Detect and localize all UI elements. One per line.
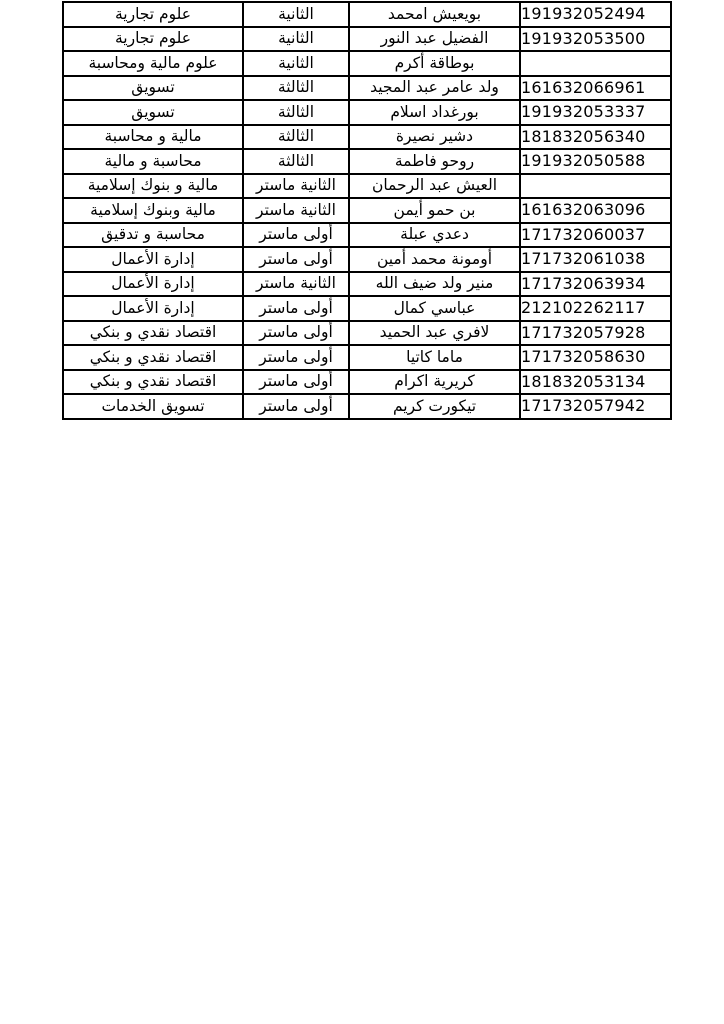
cell-registration-number: 212102262117 [520,296,671,321]
table-row: مالية و محاسبة الثالثة دشير نصيرة 181832… [63,125,671,150]
cell-year: الثالثة [243,100,349,125]
cell-year: الثانية ماستر [243,198,349,223]
table-row: علوم مالية ومحاسبة الثانية بوطاقة أكرم [63,51,671,76]
cell-year: الثانية ماستر [243,272,349,297]
cell-year: أولى ماستر [243,321,349,346]
cell-name: روحو فاطمة [349,149,520,174]
cell-specialization: إدارة الأعمال [63,247,243,272]
cell-registration-number: 171732061038 [520,247,671,272]
cell-name: تيكورت كريم [349,394,520,419]
cell-specialization: علوم مالية ومحاسبة [63,51,243,76]
cell-registration-number: 161632063096 [520,198,671,223]
cell-specialization: مالية و محاسبة [63,125,243,150]
table-row: علوم تجارية الثانية الفضيل عبد النور 191… [63,27,671,52]
cell-specialization: إدارة الأعمال [63,272,243,297]
table-row: تسويق الخدمات أولى ماستر تيكورت كريم 171… [63,394,671,419]
cell-registration-number: 161632066961 [520,76,671,101]
cell-registration-number [520,51,671,76]
cell-name: ماما كاتيا [349,345,520,370]
cell-year: الثالثة [243,76,349,101]
cell-name: كريرية اكرام [349,370,520,395]
table-row: مالية و بنوك إسلامية الثانية ماستر العيش… [63,174,671,199]
cell-specialization: تسويق الخدمات [63,394,243,419]
cell-year: الثانية [243,51,349,76]
table-row: محاسبة و تدقيق أولى ماستر دعدي عبلة 1717… [63,223,671,248]
cell-specialization: تسويق [63,100,243,125]
table-row: اقتصاد نقدي و بنكي أولى ماستر كريرية اكر… [63,370,671,395]
cell-specialization: مالية و بنوك إسلامية [63,174,243,199]
cell-specialization: إدارة الأعمال [63,296,243,321]
cell-registration-number [520,174,671,199]
cell-registration-number: 171732057928 [520,321,671,346]
cell-specialization: محاسبة و مالية [63,149,243,174]
table-row: محاسبة و مالية الثالثة روحو فاطمة 191932… [63,149,671,174]
cell-specialization: اقتصاد نقدي و بنكي [63,370,243,395]
cell-year: الثانية [243,2,349,27]
cell-name: دعدي عبلة [349,223,520,248]
cell-specialization: علوم تجارية [63,2,243,27]
cell-specialization: علوم تجارية [63,27,243,52]
student-table: علوم تجارية الثانية بويعيش امحمد 1919320… [62,1,672,420]
cell-registration-number: 171732057942 [520,394,671,419]
table-row: علوم تجارية الثانية بويعيش امحمد 1919320… [63,2,671,27]
cell-year: الثالثة [243,125,349,150]
cell-name: العيش عبد الرحمان [349,174,520,199]
table-row: تسويق الثالثة بورغداد اسلام 191932053337 [63,100,671,125]
cell-registration-number: 171732058630 [520,345,671,370]
student-table-body: علوم تجارية الثانية بويعيش امحمد 1919320… [63,2,671,419]
cell-name: لافري عبد الحميد [349,321,520,346]
cell-year: أولى ماستر [243,223,349,248]
cell-registration-number: 191932050588 [520,149,671,174]
table-row: إدارة الأعمال أولى ماستر عباسي كمال 2121… [63,296,671,321]
cell-registration-number: 181832053134 [520,370,671,395]
cell-year: الثانية [243,27,349,52]
cell-name: دشير نصيرة [349,125,520,150]
cell-registration-number: 171732063934 [520,272,671,297]
cell-registration-number: 171732060037 [520,223,671,248]
cell-specialization: اقتصاد نقدي و بنكي [63,345,243,370]
cell-name: بورغداد اسلام [349,100,520,125]
cell-year: أولى ماستر [243,394,349,419]
cell-name: بن حمو أيمن [349,198,520,223]
document-page: علوم تجارية الثانية بويعيش امحمد 1919320… [0,0,724,1024]
table-row: إدارة الأعمال أولى ماستر أومونة محمد أمي… [63,247,671,272]
cell-name: منير ولد ضيف الله [349,272,520,297]
cell-registration-number: 191932053337 [520,100,671,125]
table-row: اقتصاد نقدي و بنكي أولى ماستر لافري عبد … [63,321,671,346]
cell-registration-number: 181832056340 [520,125,671,150]
table-row: مالية وبنوك إسلامية الثانية ماستر بن حمو… [63,198,671,223]
cell-registration-number: 191932052494 [520,2,671,27]
cell-year: أولى ماستر [243,370,349,395]
cell-year: الثانية ماستر [243,174,349,199]
cell-registration-number: 191932053500 [520,27,671,52]
cell-year: أولى ماستر [243,247,349,272]
cell-specialization: اقتصاد نقدي و بنكي [63,321,243,346]
table-row: إدارة الأعمال الثانية ماستر منير ولد ضيف… [63,272,671,297]
cell-specialization: مالية وبنوك إسلامية [63,198,243,223]
cell-specialization: محاسبة و تدقيق [63,223,243,248]
cell-year: أولى ماستر [243,296,349,321]
cell-year: أولى ماستر [243,345,349,370]
cell-name: عباسي كمال [349,296,520,321]
cell-name: أومونة محمد أمين [349,247,520,272]
table-row: تسويق الثالثة ولد عامر عبد المجيد 161632… [63,76,671,101]
table-row: اقتصاد نقدي و بنكي أولى ماستر ماما كاتيا… [63,345,671,370]
cell-name: بوطاقة أكرم [349,51,520,76]
cell-year: الثالثة [243,149,349,174]
cell-name: الفضيل عبد النور [349,27,520,52]
cell-name: بويعيش امحمد [349,2,520,27]
cell-name: ولد عامر عبد المجيد [349,76,520,101]
cell-specialization: تسويق [63,76,243,101]
